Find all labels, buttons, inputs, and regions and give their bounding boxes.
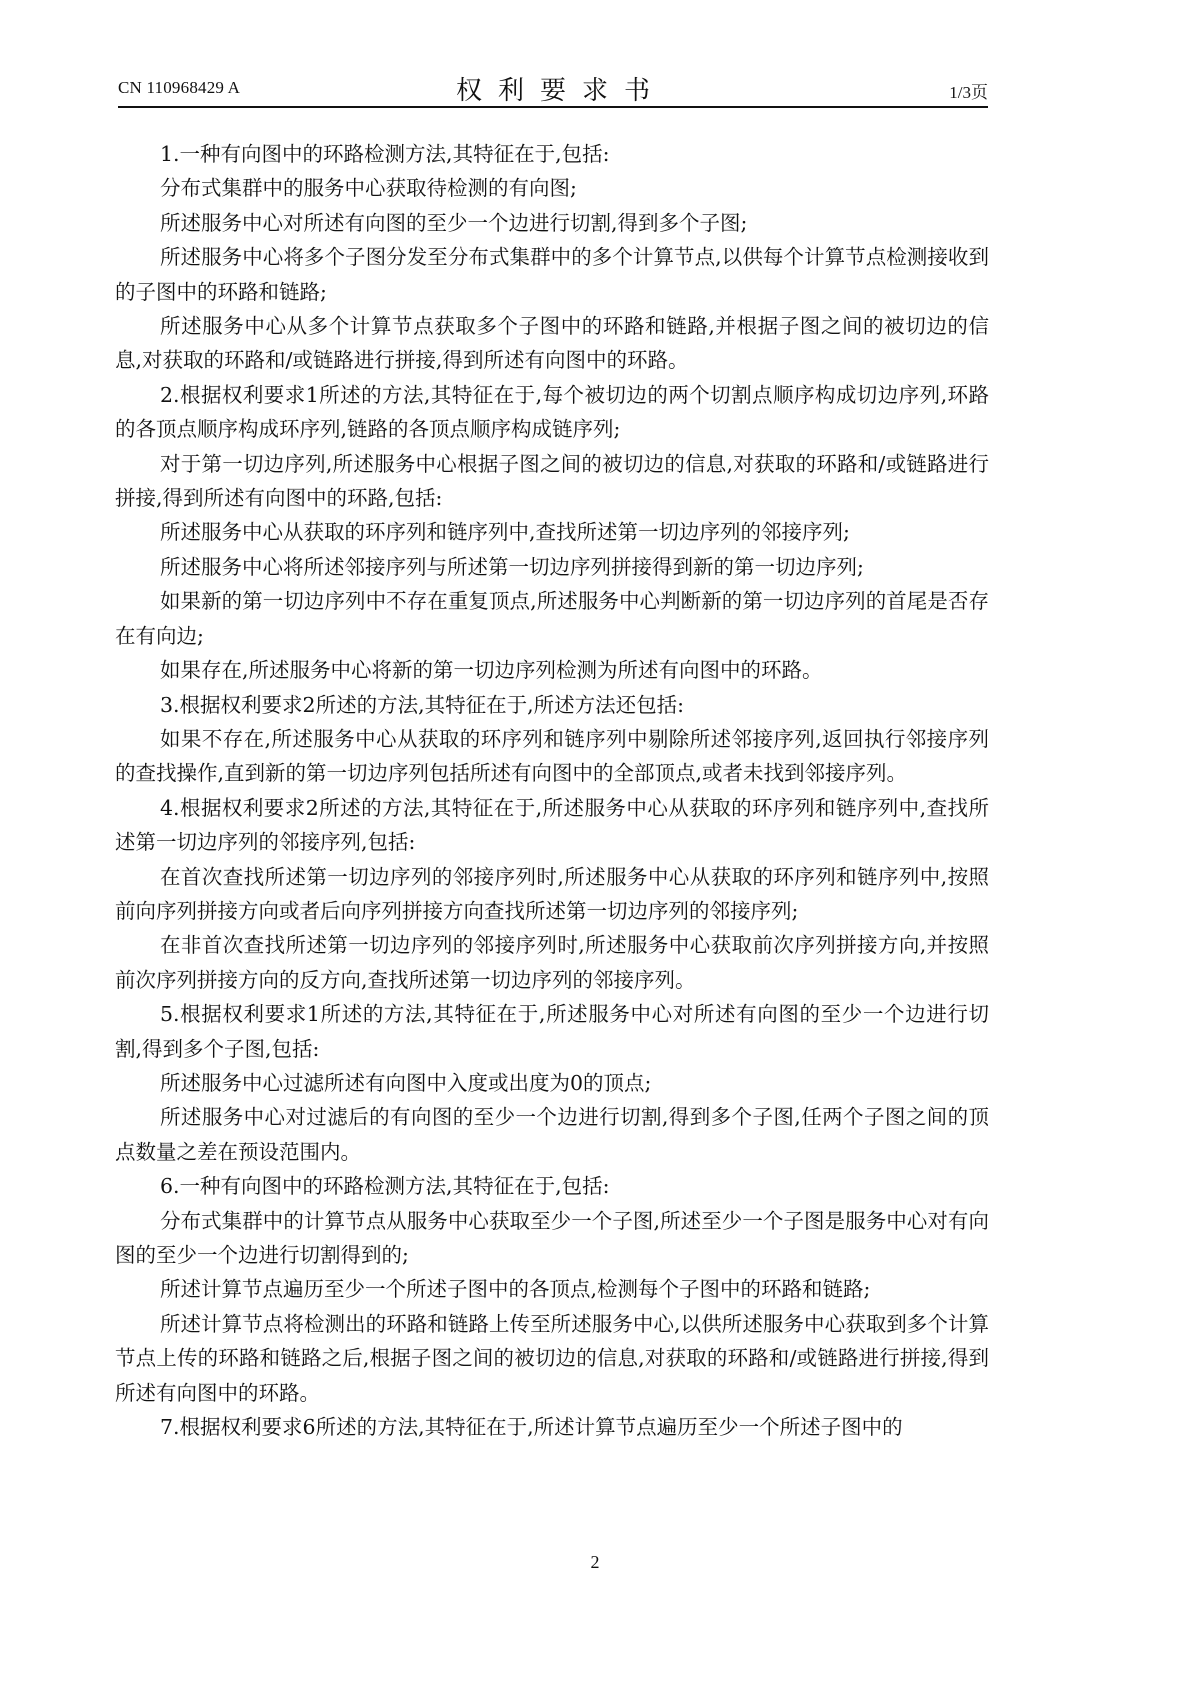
claim-paragraph: 所述服务中心从获取的环序列和链序列中,查找所述第一切边序列的邻接序列; bbox=[115, 515, 989, 549]
claim-paragraph: 所述服务中心对过滤后的有向图的至少一个边进行切割,得到多个子图,任两个子图之间的… bbox=[115, 1100, 989, 1169]
document-title: 权利要求书 bbox=[118, 70, 988, 107]
claim-paragraph: 在非首次查找所述第一切边序列的邻接序列时,所述服务中心获取前次序列拼接方向,并按… bbox=[115, 928, 989, 997]
claim-paragraph: 所述服务中心将所述邻接序列与所述第一切边序列拼接得到新的第一切边序列; bbox=[115, 550, 989, 584]
claim-paragraph: 5.根据权利要求1所述的方法,其特征在于,所述服务中心对所述有向图的至少一个边进… bbox=[115, 997, 989, 1066]
claim-paragraph: 在首次查找所述第一切边序列的邻接序列时,所述服务中心从获取的环序列和链序列中,按… bbox=[115, 860, 989, 929]
claim-paragraph: 如果不存在,所述服务中心从获取的环序列和链序列中剔除所述邻接序列,返回执行邻接序… bbox=[115, 722, 989, 791]
claim-paragraph: 所述计算节点遍历至少一个所述子图中的各顶点,检测每个子图中的环路和链路; bbox=[115, 1272, 989, 1306]
claim-paragraph: 分布式集群中的服务中心获取待检测的有向图; bbox=[115, 171, 989, 205]
claim-paragraph: 7.根据权利要求6所述的方法,其特征在于,所述计算节点遍历至少一个所述子图中的 bbox=[115, 1410, 989, 1444]
claim-paragraph: 所述服务中心过滤所述有向图中入度或出度为0的顶点; bbox=[115, 1066, 989, 1100]
claims-body: 1.一种有向图中的环路检测方法,其特征在于,包括: 分布式集群中的服务中心获取待… bbox=[115, 137, 989, 1444]
claim-paragraph: 所述计算节点将检测出的环路和链路上传至所述服务中心,以供所述服务中心获取到多个计… bbox=[115, 1307, 989, 1410]
claim-paragraph: 6.一种有向图中的环路检测方法,其特征在于,包括: bbox=[115, 1169, 989, 1203]
claim-paragraph: 4.根据权利要求2所述的方法,其特征在于,所述服务中心从获取的环序列和链序列中,… bbox=[115, 791, 989, 860]
claim-paragraph: 如果新的第一切边序列中不存在重复顶点,所述服务中心判断新的第一切边序列的首尾是否… bbox=[115, 584, 989, 653]
page-indicator: 1/3页 bbox=[949, 78, 988, 103]
claim-paragraph: 如果存在,所述服务中心将新的第一切边序列检测为所述有向图中的环路。 bbox=[115, 653, 989, 687]
page-number: 2 bbox=[0, 1552, 1190, 1573]
claim-paragraph: 对于第一切边序列,所述服务中心根据子图之间的被切边的信息,对获取的环路和/或链路… bbox=[115, 447, 989, 516]
page-header: CN 110968429 A 权利要求书 1/3页 bbox=[118, 70, 988, 106]
claim-paragraph: 3.根据权利要求2所述的方法,其特征在于,所述方法还包括: bbox=[115, 688, 989, 722]
claim-paragraph: 所述服务中心从多个计算节点获取多个子图中的环路和链路,并根据子图之间的被切边的信… bbox=[115, 309, 989, 378]
header-rule bbox=[118, 106, 988, 108]
claim-paragraph: 1.一种有向图中的环路检测方法,其特征在于,包括: bbox=[115, 137, 989, 171]
claim-paragraph: 所述服务中心对所述有向图的至少一个边进行切割,得到多个子图; bbox=[115, 206, 989, 240]
claim-paragraph: 分布式集群中的计算节点从服务中心获取至少一个子图,所述至少一个子图是服务中心对有… bbox=[115, 1204, 989, 1273]
claim-paragraph: 2.根据权利要求1所述的方法,其特征在于,每个被切边的两个切割点顺序构成切边序列… bbox=[115, 378, 989, 447]
claim-paragraph: 所述服务中心将多个子图分发至分布式集群中的多个计算节点,以供每个计算节点检测接收… bbox=[115, 240, 989, 309]
